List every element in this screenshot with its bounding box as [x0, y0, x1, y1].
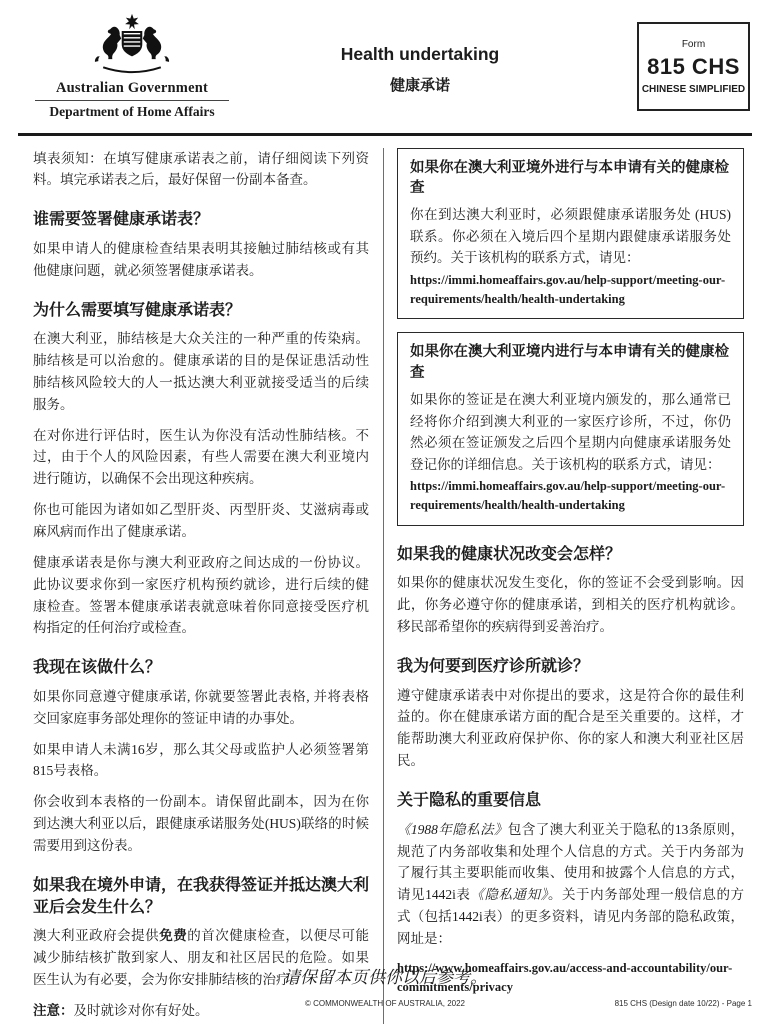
privacy-act-title: 《1988年隐私法》	[397, 822, 508, 837]
right-column: 如果你在澳大利亚境外进行与本申请有关的健康检查 你在到达澳大利亚时，必须跟健康承…	[384, 148, 744, 1024]
privacy-paragraph: 《1988年隐私法》包含了澳大利亚关于隐私的13条原则，规范了内务部收集和处理个…	[397, 819, 744, 950]
free-emphasis: 免费	[159, 928, 187, 943]
page-header: Australian Government Department of Home…	[0, 0, 770, 133]
health-undertaking-link[interactable]: https://immi.homeaffairs.gov.au/help-sup…	[410, 271, 731, 309]
paragraph: 健康承诺表是你与澳大利亚政府之间达成的一份协议。此协议要求你到一家医疗机构预约就…	[33, 552, 369, 639]
section-heading-privacy: 关于隐私的重要信息	[397, 789, 744, 811]
paragraph: 在澳大利亚，肺结核是大众关注的一种严重的传染病。肺结核是可以治愈的。健康承诺的目…	[33, 328, 369, 415]
info-box-offshore-checkup: 如果你在澳大利亚境外进行与本申请有关的健康检查 你在到达澳大利亚时，必须跟健康承…	[397, 148, 744, 320]
intro-paragraph: 填表须知：在填写健康承诺表之前，请仔细阅读下列资料。填完承诺表之后，最好保留一份…	[33, 148, 369, 192]
paragraph: 如果申请人未满16岁，那么其父母或监护人必须签署第815号表格。	[33, 739, 369, 783]
paragraph: 遵守健康承诺表中对你提出的要求，这是符合你的最佳利益的。你在健康承诺方面的配合是…	[397, 685, 744, 772]
footer-keep-note: 请保留本页供你以后参考。	[0, 963, 770, 988]
department-name: Department of Home Affairs	[33, 104, 231, 120]
paragraph: 如果你的健康状况发生变化，你的签证不会受到影响。因此，你务必遵守你的健康承诺，到…	[397, 572, 744, 638]
page: Australian Government Department of Home…	[0, 0, 770, 1024]
section-heading-why-complete: 为什么需要填写健康承诺表？	[33, 299, 369, 321]
left-column: 填表须知：在填写健康承诺表之前，请仔细阅读下列资料。填完承诺表之后，最好保留一份…	[33, 148, 384, 1024]
paragraph-text: 澳大利亚政府会提供	[33, 928, 159, 943]
info-box-body: 你在到达澳大利亚时，必须跟健康承诺服务处 (HUS) 联系。你必须在入境后四个星…	[410, 204, 731, 269]
form-label: Form	[639, 39, 748, 50]
section-heading-health-change: 如果我的健康状况改变会怎样？	[397, 543, 744, 565]
paragraph: 如果你同意遵守健康承诺, 你就要签署此表格, 并将表格交回家庭事务部处理你的签证…	[33, 686, 369, 730]
paragraph: 如果申请人的健康检查结果表明其接触过肺结核或有其他健康问题，就必须签署健康承诺表…	[33, 238, 369, 282]
section-heading-why-attend-clinic: 我为何要到医疗诊所就诊？	[397, 655, 744, 677]
form-number-box: Form 815 CHS CHINESE SIMPLIFIED	[637, 22, 750, 111]
info-box-onshore-checkup: 如果你在澳大利亚境内进行与本申请有关的健康检查 如果你的签证是在澳大利亚境内颁发…	[397, 332, 744, 525]
footer-page-info: 815 CHS (Design date 10/22) - Page 1	[615, 999, 752, 1008]
agency-name-divider	[35, 100, 229, 101]
info-box-heading: 如果你在澳大利亚境内进行与本申请有关的健康检查	[410, 342, 731, 383]
section-heading-what-now: 我现在该做什么？	[33, 656, 369, 678]
info-box-heading: 如果你在澳大利亚境外进行与本申请有关的健康检查	[410, 158, 731, 199]
paragraph: 你也可能因为诸如如乙型肝炎、丙型肝炎、艾滋病毒或麻风病而作出了健康承诺。	[33, 499, 369, 543]
section-heading-offshore-arrival: 如果我在境外申请，在我获得签证并抵达澳大利亚后会发生什么？	[33, 874, 369, 917]
privacy-notice-title: 《隐私通知》	[470, 887, 548, 902]
health-undertaking-link[interactable]: https://immi.homeaffairs.gov.au/help-sup…	[410, 477, 731, 515]
form-language: CHINESE SIMPLIFIED	[639, 84, 748, 95]
paragraph: 在对你进行评估时，医生认为你没有活动性肺结核。不过，由于个人的风险因素，有些人需…	[33, 425, 369, 491]
content-columns: 填表须知：在填写健康承诺表之前，请仔细阅读下列资料。填完承诺表之后，最好保留一份…	[0, 136, 770, 1024]
paragraph: 你会收到本表格的一份副本。请保留此副本，因为在你到达澳大利亚以后，跟健康承诺服务…	[33, 791, 369, 857]
info-box-body: 如果你的签证是在澳大利亚境内颁发的，那么通常已经将你介绍到澳大利亚的一家医疗诊所…	[410, 389, 731, 475]
section-heading-who-must-sign: 谁需要签署健康承诺表？	[33, 208, 369, 230]
form-number: 815 CHS	[639, 54, 748, 80]
